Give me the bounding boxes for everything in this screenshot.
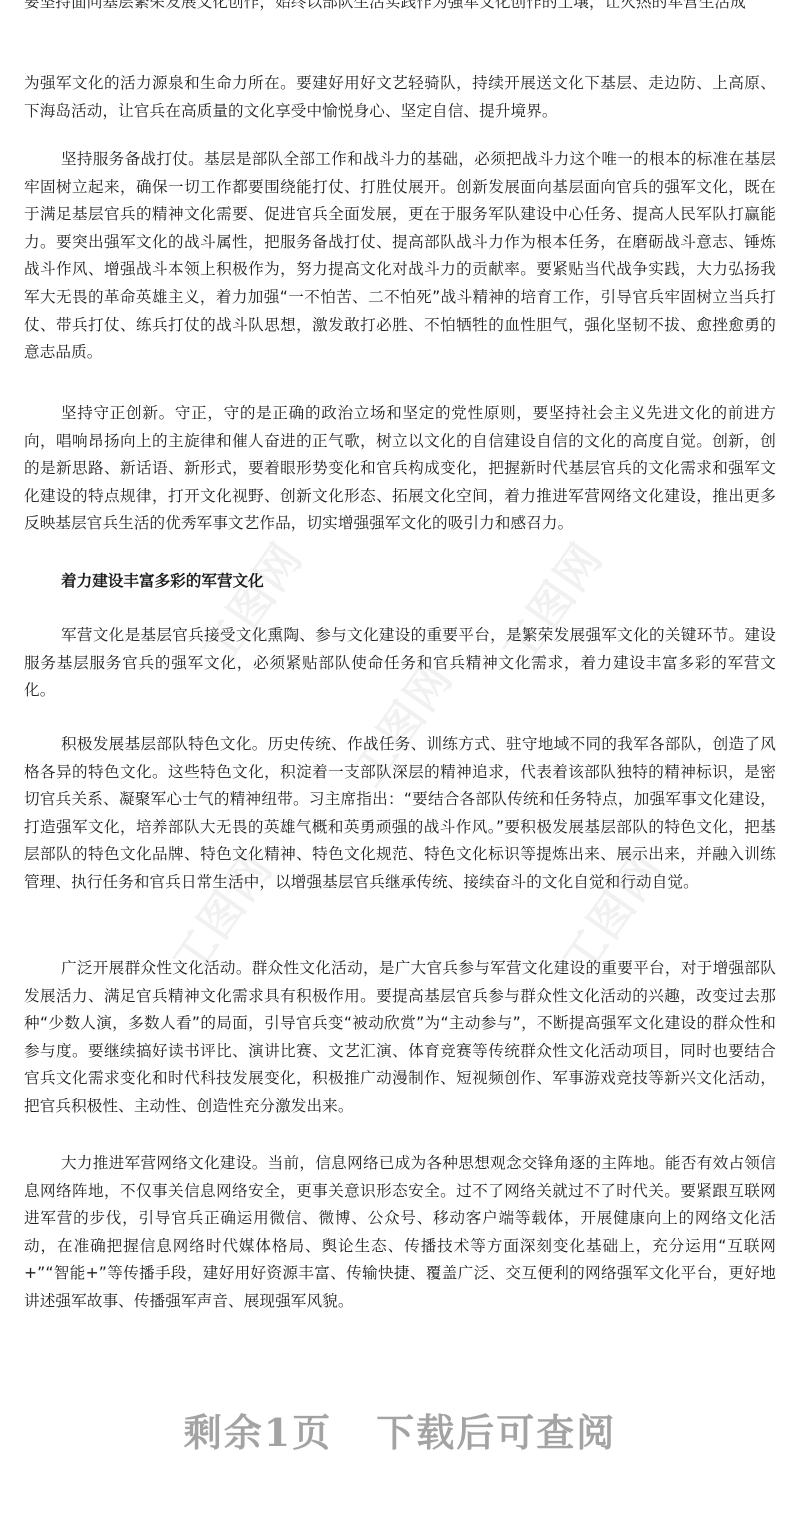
paragraph-network-culture: 大力推进军营网络文化建设。当前，信息网络已成为各种思想观念交锋角逐的主阵地。能否… <box>24 1150 776 1316</box>
paragraph-mass-activities: 广泛开展群众性文化活动。群众性文化活动，是广大官兵参与军营文化建设的重要平台，对… <box>24 955 776 1121</box>
paragraph-unit-culture: 积极发展基层部队特色文化。历史传统、作战任务、训练方式、驻守地域不同的我军各部队… <box>24 731 776 897</box>
remaining-pages-label: 剩余1页 <box>184 1410 332 1455</box>
paragraph-continuation: 为强军文化的活力源泉和生命力所在。要建好用好文艺轻骑队，持续开展送文化下基层、走… <box>24 70 776 125</box>
document-page: 工图网 工图网 工图网 工图网 工图网 要坚持面向基层繁荣发展文化创作，始终以部… <box>0 0 800 1514</box>
cut-off-text-line: 要坚持面向基层繁荣发展文化创作，始终以部队生活实践作为强军文化创作的土壤，让火热… <box>24 0 776 17</box>
paragraph-barracks-culture: 军营文化是基层官兵接受文化熏陶、参与文化建设的重要平台，是繁荣发展强军文化的关键… <box>24 622 776 705</box>
download-to-view-label: 下载后可查阅 <box>376 1410 616 1455</box>
section-heading: 着力建设丰富多彩的军营文化 <box>61 568 264 596</box>
paragraph-innovation: 坚持守正创新。守正，守的是正确的政治立场和坚定的党性原则，要坚持社会主义先进文化… <box>24 400 776 538</box>
remaining-pages-banner[interactable]: 剩余1页下载后可查阅 <box>0 1408 800 1458</box>
paragraph-combat-readiness: 坚持服务备战打仗。基层是部队全部工作和战斗力的基础，必须把战斗力这个唯一的根本的… <box>24 146 776 367</box>
